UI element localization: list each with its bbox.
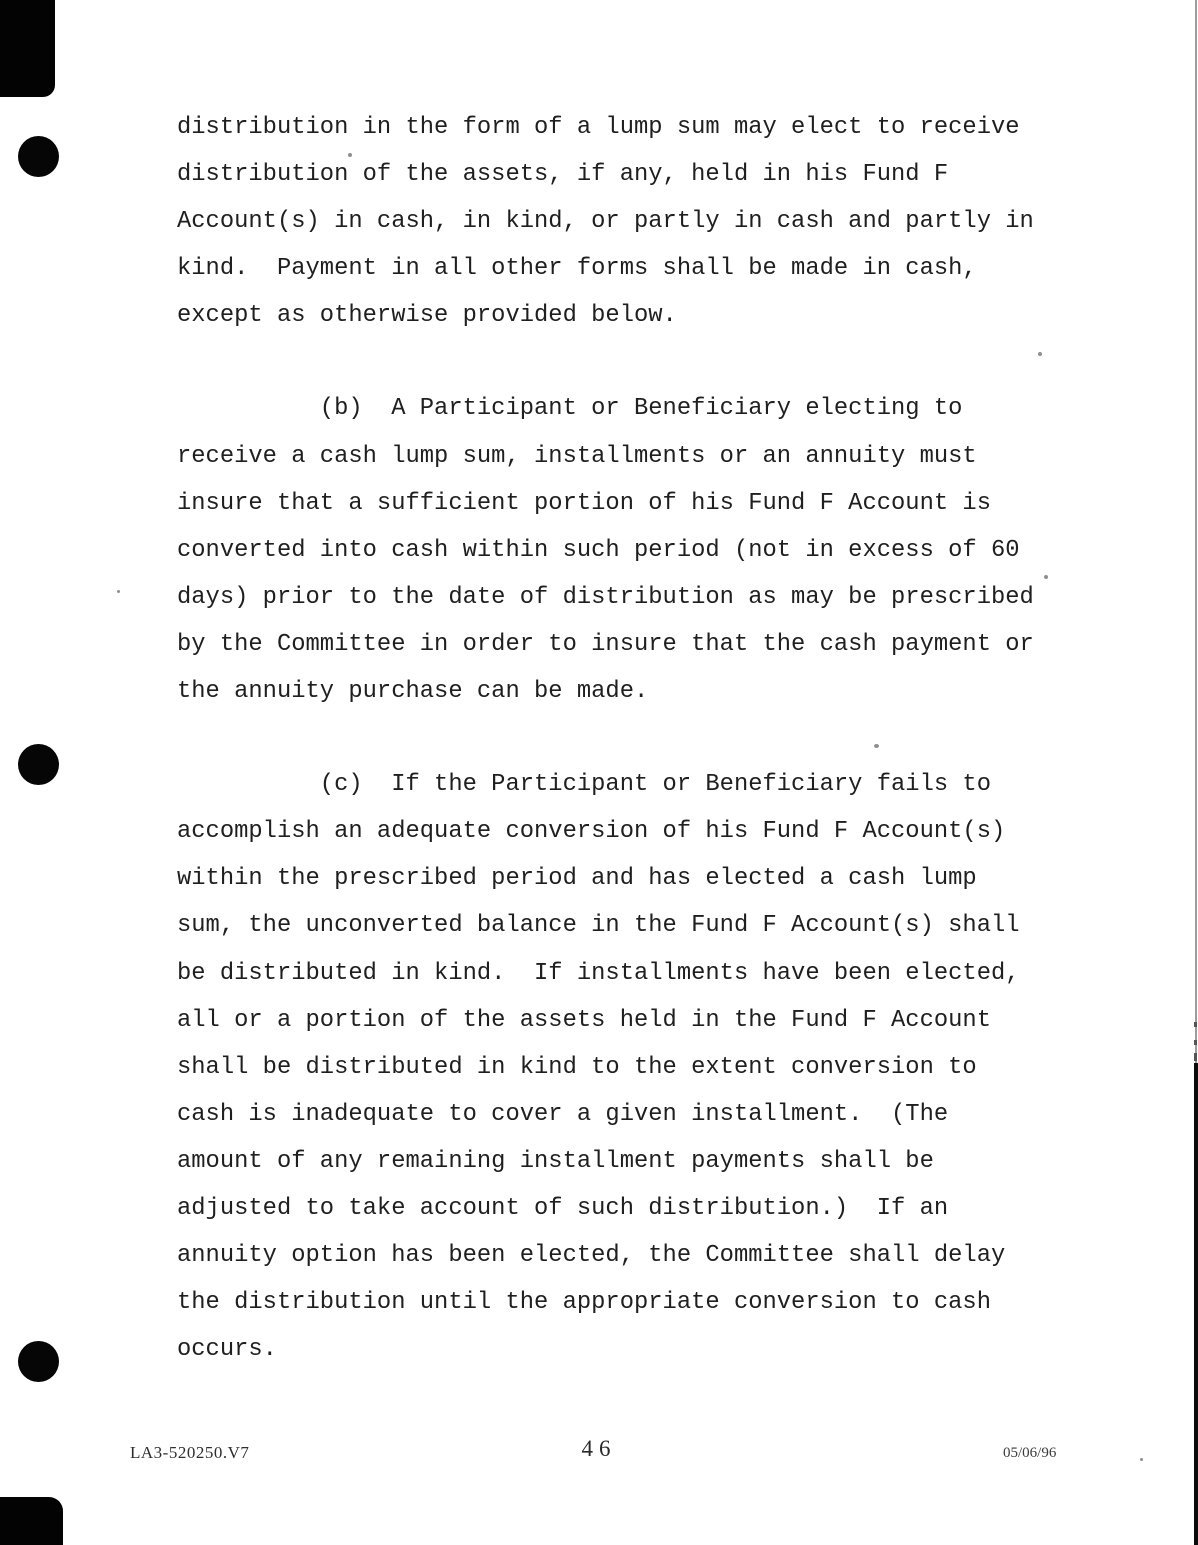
text-line: receive a cash lump sum, installments or… xyxy=(177,433,1057,480)
text-line: (c) If the Participant or Beneficiary fa… xyxy=(177,761,1057,808)
text-line: Account(s) in cash, in kind, or partly i… xyxy=(177,198,1057,245)
text-line: by the Committee in order to insure that… xyxy=(177,621,1057,668)
scan-edge-line-dark xyxy=(1194,1063,1198,1545)
text-line: amount of any remaining installment paym… xyxy=(177,1138,1057,1185)
punch-hole-dot xyxy=(18,136,59,177)
scan-speck xyxy=(117,590,120,593)
text-line: distribution of the assets, if any, held… xyxy=(177,151,1057,198)
text-line: cash is inadequate to cover a given inst… xyxy=(177,1091,1057,1138)
text-line: kind. Payment in all other forms shall b… xyxy=(177,245,1057,292)
scanned-document-page: distribution in the form of a lump sum m… xyxy=(0,0,1198,1545)
paragraph: distribution in the form of a lump sum m… xyxy=(177,104,1057,339)
text-line: the annuity purchase can be made. xyxy=(177,668,1057,715)
scan-edge-dash xyxy=(1194,1053,1197,1061)
text-line: annuity option has been elected, the Com… xyxy=(177,1232,1057,1279)
text-body: distribution in the form of a lump sum m… xyxy=(177,104,1057,1419)
paragraph: (c) If the Participant or Beneficiary fa… xyxy=(177,761,1057,1373)
footer-date: 05/06/96 xyxy=(1003,1445,1056,1462)
text-line: insure that a sufficient portion of his … xyxy=(177,480,1057,527)
scan-artifact-top-left xyxy=(0,0,55,97)
text-line: adjusted to take account of such distrib… xyxy=(177,1185,1057,1232)
text-line: occurs. xyxy=(177,1326,1057,1373)
text-line: all or a portion of the assets held in t… xyxy=(177,997,1057,1044)
scan-edge-dash xyxy=(1194,1040,1197,1045)
text-line: be distributed in kind. If installments … xyxy=(177,950,1057,997)
text-line: days) prior to the date of distribution … xyxy=(177,574,1057,621)
text-line: shall be distributed in kind to the exte… xyxy=(177,1044,1057,1091)
text-line: except as otherwise provided below. xyxy=(177,292,1057,339)
text-line: (b) A Participant or Beneficiary electin… xyxy=(177,385,1057,432)
scan-artifact-bottom-left xyxy=(0,1497,63,1545)
text-line: distribution in the form of a lump sum m… xyxy=(177,104,1057,151)
text-line: converted into cash within such period (… xyxy=(177,527,1057,574)
text-line: the distribution until the appropriate c… xyxy=(177,1279,1057,1326)
paragraph: (b) A Participant or Beneficiary electin… xyxy=(177,385,1057,715)
scan-edge-dash xyxy=(1194,1022,1197,1027)
text-line: accomplish an adequate conversion of his… xyxy=(177,808,1057,855)
punch-hole-dot xyxy=(18,744,59,785)
punch-hole-dot xyxy=(18,1341,59,1382)
text-line: within the prescribed period and has ele… xyxy=(177,855,1057,902)
text-line: sum, the unconverted balance in the Fund… xyxy=(177,902,1057,949)
